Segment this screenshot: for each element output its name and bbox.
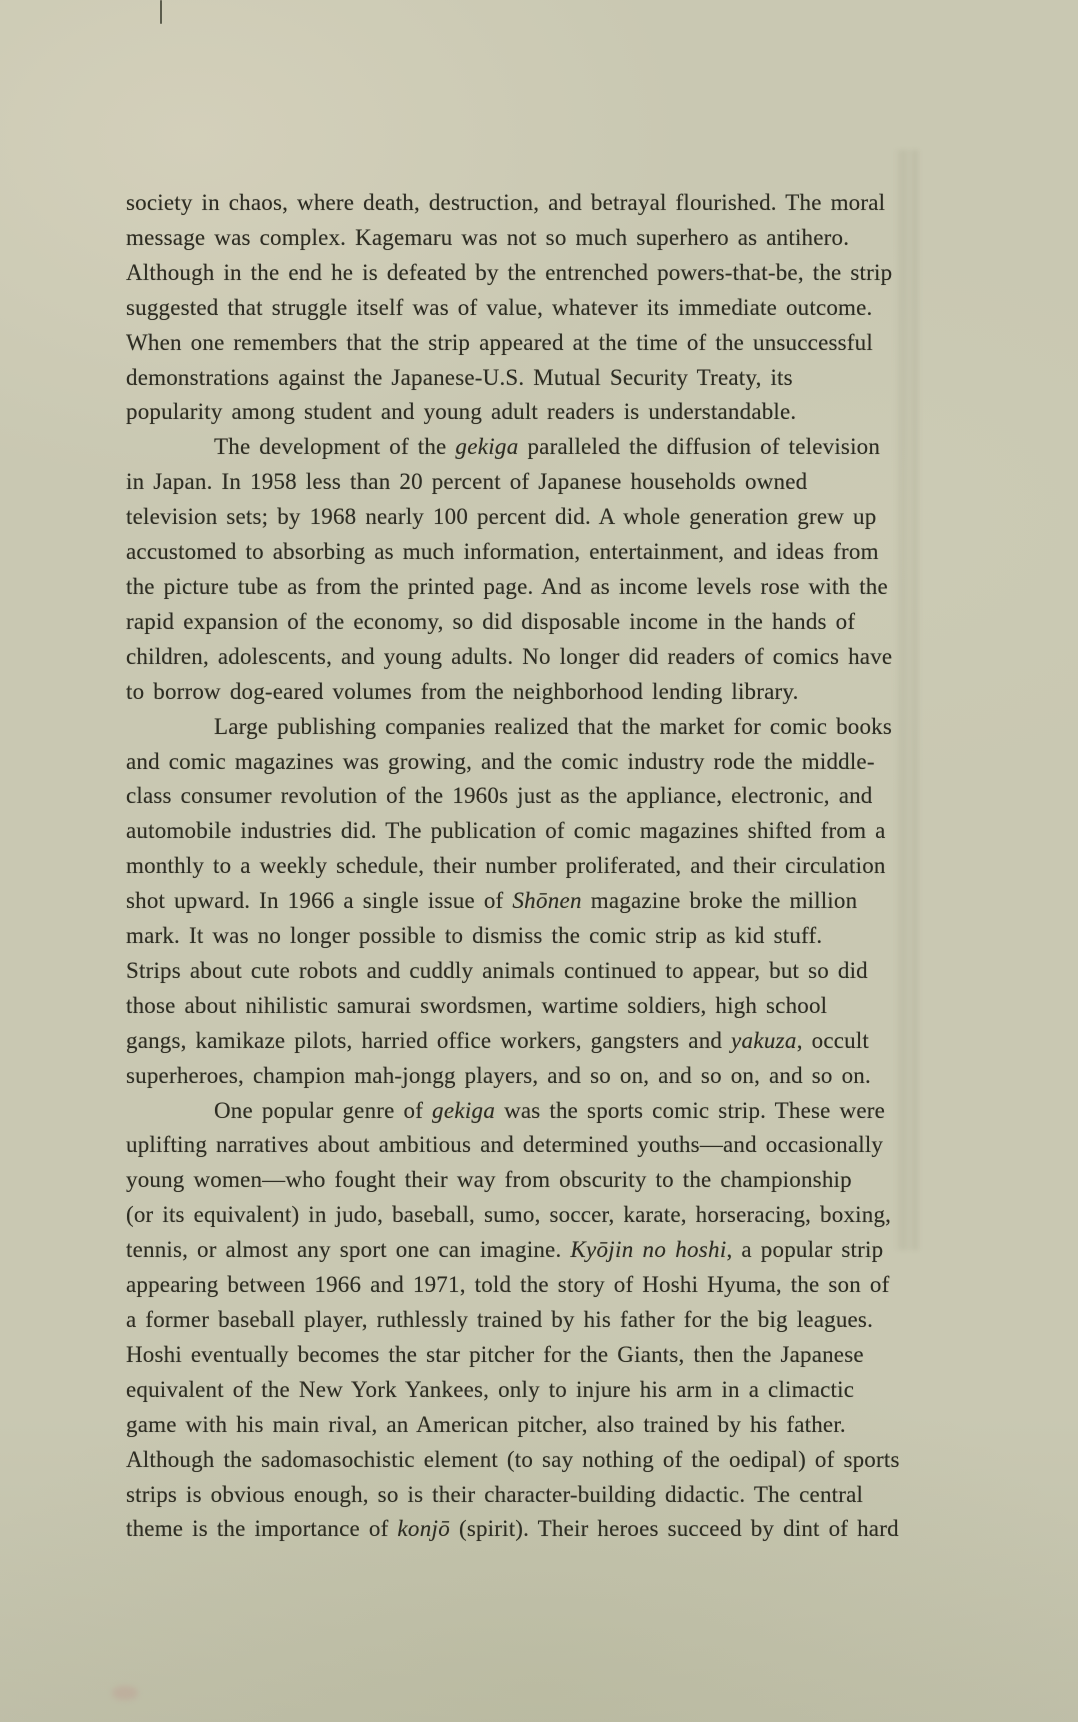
text-line: in Japan. In 1958 less than 20 percent o… <box>126 465 912 500</box>
text-line: society in chaos, where death, destructi… <box>126 186 912 221</box>
text-line: shot upward. In 1966 a single issue of S… <box>126 884 912 919</box>
scan-artifact-hairline <box>160 0 162 24</box>
text-line: Large publishing companies realized that… <box>126 710 912 745</box>
text-line: children, adolescents, and young adults.… <box>126 640 912 675</box>
text-line: superheroes, champion mah-jongg players,… <box>126 1059 912 1094</box>
text-line: Hoshi eventually becomes the star pitche… <box>126 1338 912 1373</box>
italic-term: gekiga <box>455 434 518 459</box>
text-line: appearing between 1966 and 1971, told th… <box>126 1268 912 1303</box>
text-line: to borrow dog-eared volumes from the nei… <box>126 675 912 710</box>
text-line: When one remembers that the strip appear… <box>126 326 912 361</box>
italic-term: konjō <box>397 1516 450 1541</box>
text-line: uplifting narratives about ambitious and… <box>126 1128 912 1163</box>
text-line: tennis, or almost any sport one can imag… <box>126 1233 912 1268</box>
text-line: suggested that struggle itself was of va… <box>126 291 912 326</box>
text-line: automobile industries did. The publicati… <box>126 814 912 849</box>
text-line: message was complex. Kagemaru was not so… <box>126 221 912 256</box>
text-line: game with his main rival, an American pi… <box>126 1408 912 1443</box>
text-line: Strips about cute robots and cuddly anim… <box>126 954 912 989</box>
text-line: accustomed to absorbing as much informat… <box>126 535 912 570</box>
text-line: the picture tube as from the printed pag… <box>126 570 912 605</box>
text-line: a former baseball player, ruthlessly tra… <box>126 1303 912 1338</box>
text-line: monthly to a weekly schedule, their numb… <box>126 849 912 884</box>
text-line: Although in the end he is defeated by th… <box>126 256 912 291</box>
text-line: television sets; by 1968 nearly 100 perc… <box>126 500 912 535</box>
text-line: theme is the importance of konjō (spirit… <box>126 1512 912 1547</box>
text-line: rapid expansion of the economy, so did d… <box>126 605 912 640</box>
text-line: One popular genre of gekiga was the spor… <box>126 1094 912 1129</box>
italic-term: gekiga <box>432 1098 495 1123</box>
text-line: (or its equivalent) in judo, baseball, s… <box>126 1198 912 1233</box>
italic-term: yakuza <box>731 1028 797 1053</box>
text-line: popularity among student and young adult… <box>126 395 912 430</box>
italic-term: Shōnen <box>512 888 582 913</box>
text-line: mark. It was no longer possible to dismi… <box>126 919 912 954</box>
text-line: gangs, kamikaze pilots, harried office w… <box>126 1024 912 1059</box>
text-line: young women—who fought their way from ob… <box>126 1163 912 1198</box>
text-line: those about nihilistic samurai swordsmen… <box>126 989 912 1024</box>
text-line: class consumer revolution of the 1960s j… <box>126 779 912 814</box>
text-line: demonstrations against the Japanese-U.S.… <box>126 361 912 396</box>
italic-term: Kyōjin no hoshi <box>570 1237 726 1262</box>
scan-artifact-smudge <box>112 1686 138 1700</box>
text-line: The development of the gekiga paralleled… <box>126 430 912 465</box>
body-text-block: society in chaos, where death, destructi… <box>126 186 912 1547</box>
text-line: strips is obvious enough, so is their ch… <box>126 1478 912 1513</box>
text-line: and comic magazines was growing, and the… <box>126 745 912 780</box>
text-line: equivalent of the New York Yankees, only… <box>126 1373 912 1408</box>
text-line: Although the sadomasochistic element (to… <box>126 1443 912 1478</box>
